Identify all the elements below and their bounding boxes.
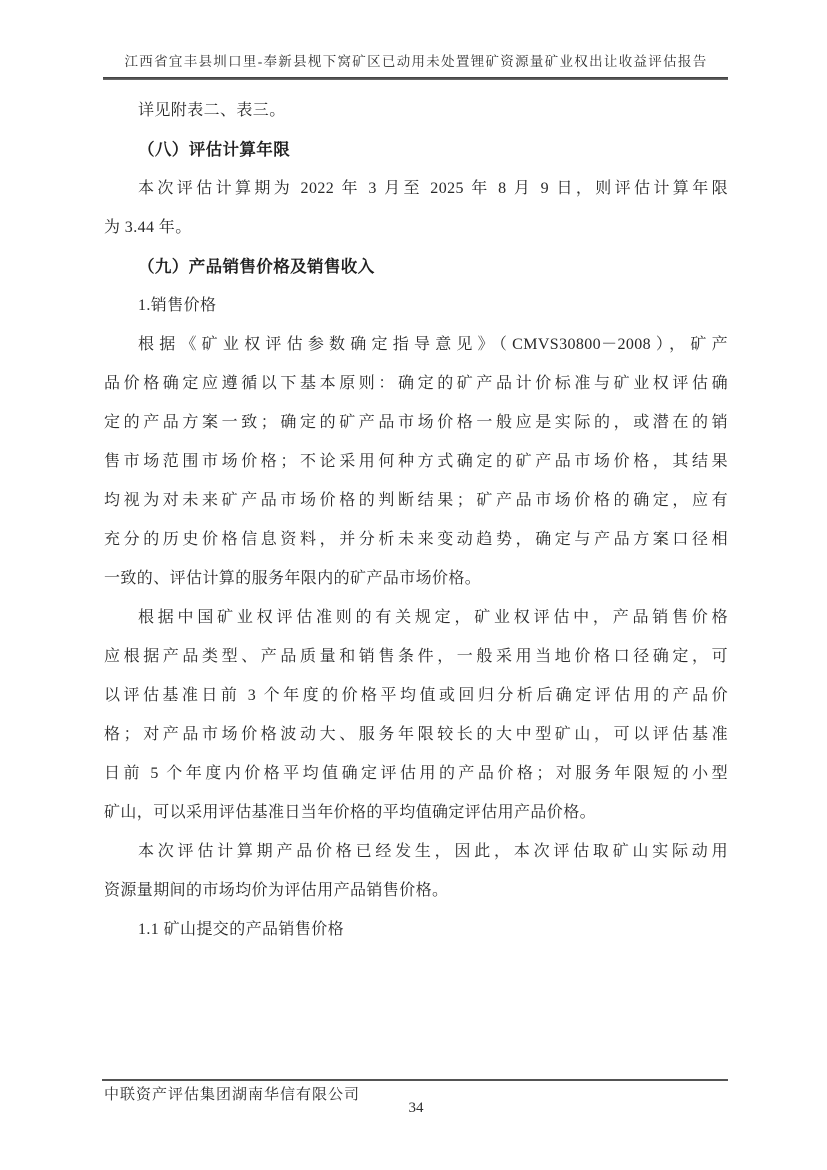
paragraph-line: 本次评估计算期为 2022 年 3 月至 2025 年 8 月 9 日，则评估计… [104,169,728,208]
paragraph-line: 详见附表二、表三。 [104,91,728,130]
paragraph-line: 应根据产品类型、产品质量和销售条件，一般采用当地价格口径确定，可 [104,637,728,676]
subheading-sales-price: 1.销售价格 [104,286,728,325]
paragraph-line: 资源量期间的市场均价为评估用产品销售价格。 [104,871,728,910]
paragraph-line: 品价格确定应遵循以下基本原则：确定的矿产品计价标准与矿业权评估确 [104,364,728,403]
heading-section-8: （八）评估计算年限 [104,130,728,169]
running-header-title: 江西省宜丰县圳口里-奉新县枧下窝矿区已动用未处置锂矿资源量矿业权出让收益评估报告 [104,51,728,73]
paragraph-line: 为 3.44 年。 [104,208,728,247]
footer-rule [102,1079,728,1081]
paragraph-line: 一致的、评估计算的服务年限内的矿产品市场价格。 [104,559,728,598]
paragraph-line: 定的产品方案一致；确定的矿产品市场价格一般应是实际的，或潜在的销 [104,403,728,442]
document-page: 江西省宜丰县圳口里-奉新县枧下窝矿区已动用未处置锂矿资源量矿业权出让收益评估报告… [0,0,827,1170]
page-number: 34 [104,1100,728,1117]
header-rule [103,77,728,80]
paragraph-line: 日前 5 个年度内价格平均值确定评估用的产品价格；对服务年限短的小型 [104,754,728,793]
paragraph-line: 充分的历史价格信息资料，并分析未来变动趋势，确定与产品方案口径相 [104,520,728,559]
paragraph-line: 格；对产品市场价格波动大、服务年限较长的大中型矿山，可以评估基准 [104,715,728,754]
paragraph-line: 以评估基准日前 3 个年度的价格平均值或回归分析后确定评估用的产品价 [104,676,728,715]
paragraph-line: 均视为对未来矿产品市场价格的判断结果；矿产品市场价格的确定，应有 [104,481,728,520]
paragraph-line: 根据中国矿业权评估准则的有关规定，矿业权评估中，产品销售价格 [104,598,728,637]
paragraph-line: 售市场范围市场价格；不论采用何种方式确定的矿产品市场价格，其结果 [104,442,728,481]
heading-section-9: （九）产品销售价格及销售收入 [104,247,728,286]
subheading-mine-submitted-price: 1.1 矿山提交的产品销售价格 [104,910,728,949]
paragraph-line: 本次评估计算期产品价格已经发生，因此，本次评估取矿山实际动用 [104,832,728,871]
paragraph-line: 根据《矿业权评估参数确定指导意见》（CMVS30800－2008），矿产 [104,325,728,364]
paragraph-line: 矿山，可以采用评估基准日当年价格的平均值确定评估用产品价格。 [104,793,728,832]
document-body: 详见附表二、表三。 （八）评估计算年限 本次评估计算期为 2022 年 3 月至… [104,91,728,949]
